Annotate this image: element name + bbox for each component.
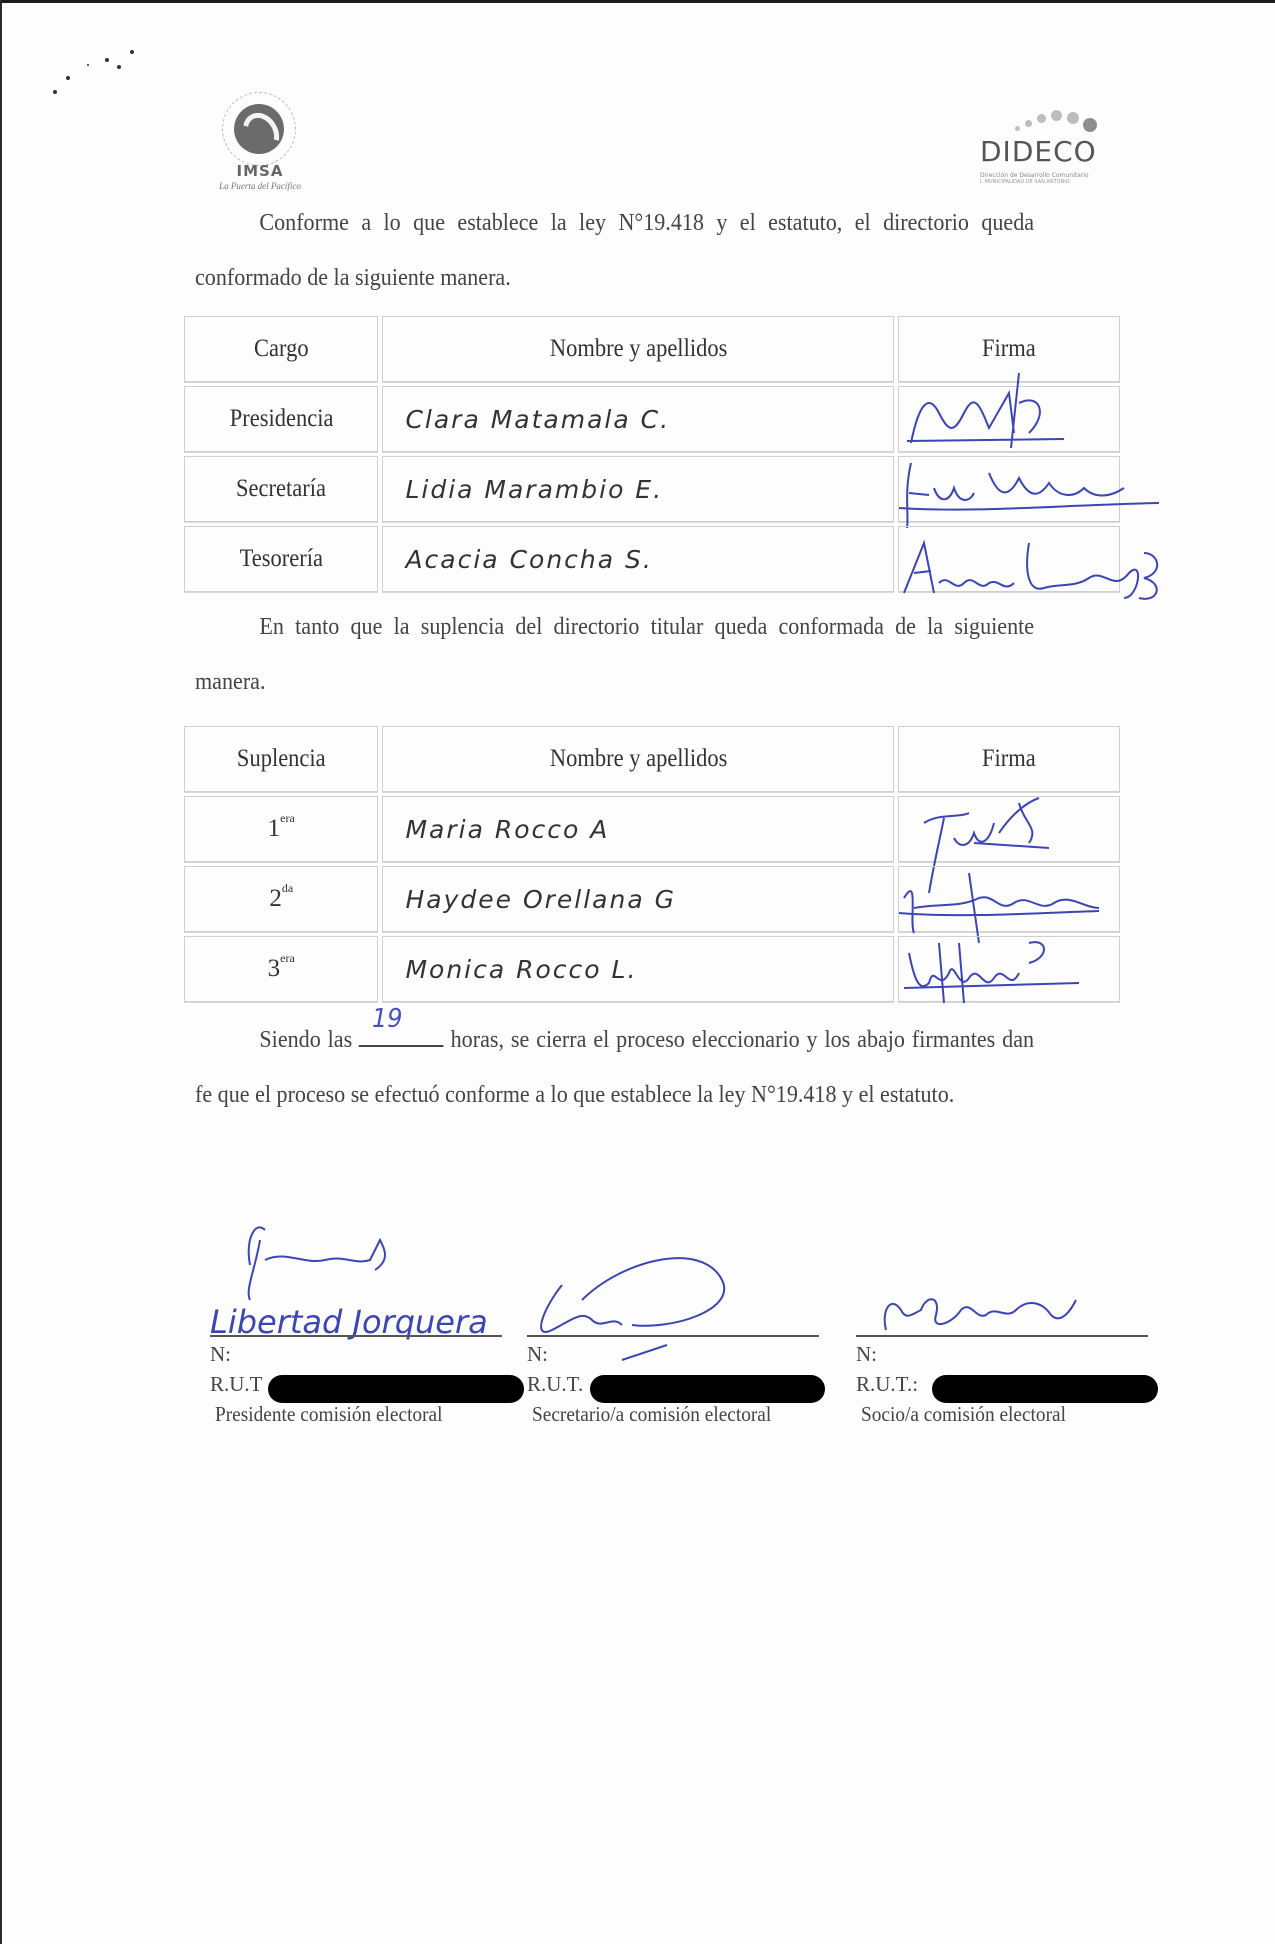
signature-icon: Libertad Jorquera bbox=[205, 1220, 525, 1360]
signature-icon bbox=[851, 1220, 1171, 1360]
scan-edge bbox=[0, 0, 2, 1944]
nombre-cell: Lidia Marambio E. bbox=[382, 456, 894, 522]
signature-icon bbox=[522, 1220, 842, 1360]
signature-icon bbox=[899, 513, 1159, 603]
dideco-logo: DIDECO Dirección de Desarrollo Comunitar… bbox=[975, 108, 1115, 188]
rut-label: R.U.T.: bbox=[856, 1372, 918, 1397]
directorio-table: Cargo Nombre y apellidos Firma Presidenc… bbox=[180, 312, 1124, 596]
signature-block-president: Libertad Jorquera N: R.U.T Presidente co… bbox=[210, 1240, 510, 1430]
cargo-cell: Secretaría bbox=[184, 456, 378, 522]
ordinal-cell: 1era bbox=[184, 796, 378, 862]
signature-icon bbox=[899, 443, 1159, 523]
table-row: Tesorería Acacia Concha S. bbox=[184, 526, 1120, 592]
logo-subtitle: Dirección de Desarrollo Comunitario bbox=[980, 172, 1089, 179]
signature-line bbox=[527, 1335, 819, 1337]
logo-subtitle: I. MUNICIPALIDAD DE SAN ANTONIO bbox=[980, 179, 1070, 185]
dots-icon bbox=[1015, 108, 1105, 138]
name-label: N: bbox=[527, 1342, 548, 1367]
logo-name: DIDECO bbox=[980, 138, 1097, 166]
cargo-cell: Presidencia bbox=[184, 386, 378, 452]
signature-cell bbox=[898, 526, 1120, 592]
logo-tagline: La Puerta del Pacífico bbox=[200, 181, 320, 191]
suplencia-paragraph: En tanto que la suplencia del directorio… bbox=[195, 600, 1034, 710]
rut-label: R.U.T bbox=[210, 1372, 263, 1397]
cargo-cell: Tesorería bbox=[184, 526, 378, 592]
role-label: Socio/a comisión electoral bbox=[861, 1402, 1066, 1427]
closing-paragraph: Siendo las 19 horas, se cierra el proces… bbox=[195, 1013, 1034, 1123]
logo-name: IMSA bbox=[200, 162, 320, 180]
nombre-cell: Maria Rocco A bbox=[382, 796, 894, 862]
intro-paragraph: Conforme a lo que establece la ley N°19.… bbox=[195, 196, 1034, 306]
signature-block-secretary: N: R.U.T. Secretario/a comisión electora… bbox=[527, 1240, 827, 1430]
ordinal-cell: 3era bbox=[184, 936, 378, 1002]
header-nombre: Nombre y apellidos bbox=[382, 316, 894, 382]
redaction-bar bbox=[590, 1375, 825, 1403]
role-label: Secretario/a comisión electoral bbox=[532, 1402, 771, 1427]
header-cargo: Cargo bbox=[184, 316, 378, 382]
scan-edge bbox=[0, 0, 1275, 3]
redaction-bar bbox=[268, 1375, 524, 1403]
redaction-bar bbox=[932, 1375, 1158, 1403]
role-label: Presidente comisión electoral bbox=[215, 1402, 442, 1427]
header-suplencia: Suplencia bbox=[184, 726, 378, 792]
nombre-cell: Clara Matamala C. bbox=[382, 386, 894, 452]
nombre-cell: Monica Rocco L. bbox=[382, 936, 894, 1002]
signature-cell bbox=[898, 936, 1120, 1002]
nombre-cell: Haydee Orellana G bbox=[382, 866, 894, 932]
rut-label: R.U.T. bbox=[527, 1372, 583, 1397]
scan-specks bbox=[40, 40, 170, 100]
nombre-cell: Acacia Concha S. bbox=[382, 526, 894, 592]
header-nombre: Nombre y apellidos bbox=[382, 726, 894, 792]
imsa-logo: IMSA La Puerta del Pacífico bbox=[200, 92, 320, 198]
signature-line bbox=[210, 1335, 502, 1337]
globe-icon bbox=[234, 104, 284, 154]
signature-block-member: N: R.U.T.: Socio/a comisión electoral bbox=[856, 1240, 1156, 1430]
signature-icon bbox=[899, 923, 1119, 1013]
signature-line bbox=[856, 1335, 1148, 1337]
name-label: N: bbox=[210, 1342, 231, 1367]
signature-icon bbox=[899, 373, 1119, 453]
table-row: 3era Monica Rocco L. bbox=[184, 936, 1120, 1002]
ordinal-cell: 2da bbox=[184, 866, 378, 932]
hour-field: 19 bbox=[359, 1015, 444, 1047]
name-label: N: bbox=[856, 1342, 877, 1367]
suplencia-table: Suplencia Nombre y apellidos Firma 1era … bbox=[180, 722, 1124, 1006]
